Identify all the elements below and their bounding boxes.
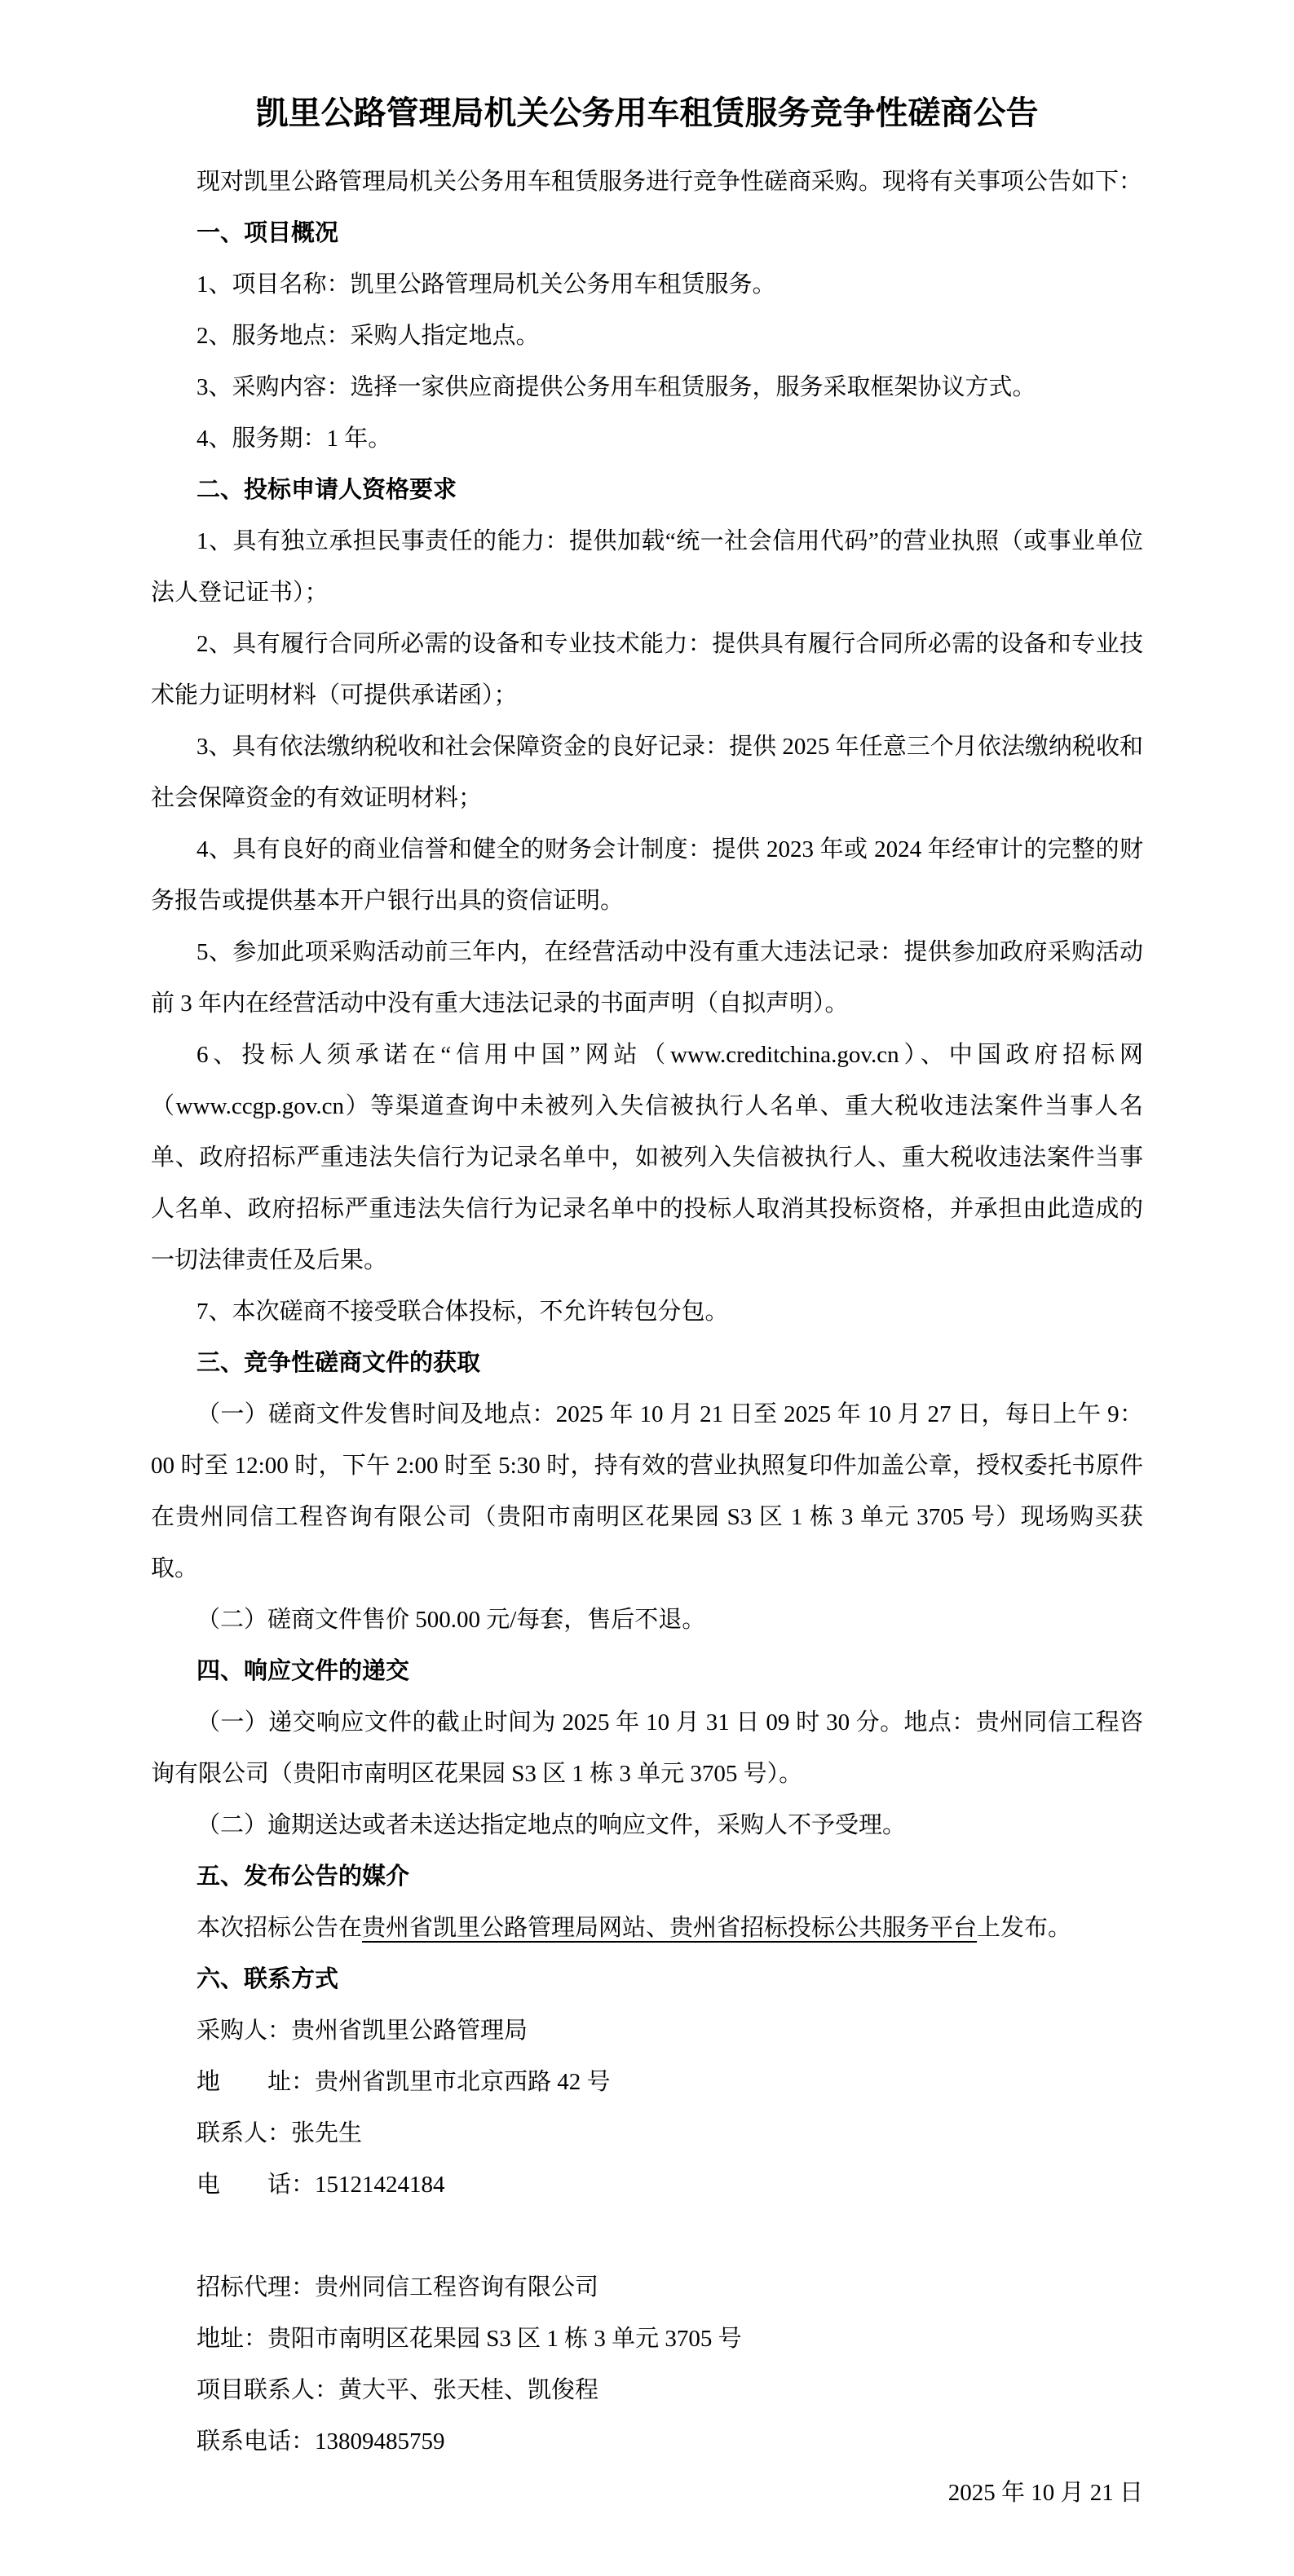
section-announcement-media-heading: 五、发布公告的媒介 (151, 1851, 1143, 1903)
announcement-media-paragraph: 本次招标公告在贵州省凯里公路管理局网站、贵州省招标投标公共服务平台上发布。 (151, 1903, 1143, 1954)
blank-line (151, 2211, 1143, 2262)
agency-phone: 联系电话：13809485759 (151, 2416, 1143, 2468)
qualification-item-1: 1、具有独立承担民事责任的能力：提供加载“统一社会信用代码”的营业执照（或事业单… (151, 516, 1143, 619)
qualification-item-2: 2、具有履行合同所必需的设备和专业技术能力：提供具有履行合同所必需的设备和专业技… (151, 619, 1143, 721)
document-title: 凯里公路管理局机关公务用车租赁服务竞争性磋商公告 (151, 82, 1143, 145)
section-qualification-heading: 二、投标申请人资格要求 (151, 465, 1143, 516)
section-overview-heading: 一、项目概况 (151, 208, 1143, 259)
announcement-date: 2025 年 10 月 21 日 (151, 2468, 1143, 2519)
document-price: （二）磋商文件售价 500.00 元/每套，售后不退。 (151, 1595, 1143, 1646)
item-service-location: 2、服务地点：采购人指定地点。 (151, 311, 1143, 362)
intro-paragraph: 现对凯里公路管理局机关公务用车租赁服务进行竞争性磋商采购。现将有关事项公告如下： (151, 157, 1143, 208)
qualification-item-6: 6、投标人须承诺在“信用中国”网站（www.creditchina.gov.cn… (151, 1030, 1143, 1286)
agency-address: 地址：贵阳市南明区花果园 S3 区 1 栋 3 单元 3705 号 (151, 2314, 1143, 2365)
announcement-media-prefix: 本次招标公告在 (197, 1915, 362, 1941)
section-response-submission-heading: 四、响应文件的递交 (151, 1646, 1143, 1697)
purchaser-contact-person: 联系人：张先生 (151, 2108, 1143, 2159)
purchaser-name: 采购人：贵州省凯里公路管理局 (151, 2005, 1143, 2057)
announcement-document: 凯里公路管理局机关公务用车租赁服务竞争性磋商公告 现对凯里公路管理局机关公务用车… (0, 0, 1294, 2576)
qualification-item-3: 3、具有依法缴纳税收和社会保障资金的良好记录：提供 2025 年任意三个月依法缴… (151, 721, 1143, 824)
agency-contact-persons: 项目联系人：黄大平、张天桂、凯俊程 (151, 2365, 1143, 2416)
qualification-item-4: 4、具有良好的商业信誉和健全的财务会计制度：提供 2023 年或 2024 年经… (151, 824, 1143, 927)
announcement-media-names: 贵州省凯里公路管理局网站、贵州省招标投标公共服务平台 (362, 1915, 977, 1941)
agency-name: 招标代理：贵州同信工程咨询有限公司 (151, 2262, 1143, 2314)
overdue-rejection: （二）逾期送达或者未送达指定地点的响应文件，采购人不予受理。 (151, 1800, 1143, 1851)
purchaser-address: 地 址：贵州省凯里市北京西路 42 号 (151, 2057, 1143, 2108)
section-document-acquisition-heading: 三、竞争性磋商文件的获取 (151, 1338, 1143, 1389)
purchaser-phone: 电 话：15121424184 (151, 2159, 1143, 2211)
submission-deadline: （一）递交响应文件的截止时间为 2025 年 10 月 31 日 09 时 30… (151, 1697, 1143, 1800)
qualification-item-5: 5、参加此项采购活动前三年内，在经营活动中没有重大违法记录：提供参加政府采购活动… (151, 927, 1143, 1030)
qualification-item-7: 7、本次磋商不接受联合体投标，不允许转包分包。 (151, 1286, 1143, 1338)
acquisition-time-place: （一）磋商文件发售时间及地点：2025 年 10 月 21 日至 2025 年 … (151, 1389, 1143, 1595)
item-project-name: 1、项目名称：凯里公路管理局机关公务用车租赁服务。 (151, 259, 1143, 311)
item-service-period: 4、服务期：1 年。 (151, 413, 1143, 465)
item-procurement-content: 3、采购内容：选择一家供应商提供公务用车租赁服务，服务采取框架协议方式。 (151, 362, 1143, 413)
announcement-media-suffix: 上发布。 (977, 1915, 1071, 1941)
section-contact-heading: 六、联系方式 (151, 1954, 1143, 2005)
